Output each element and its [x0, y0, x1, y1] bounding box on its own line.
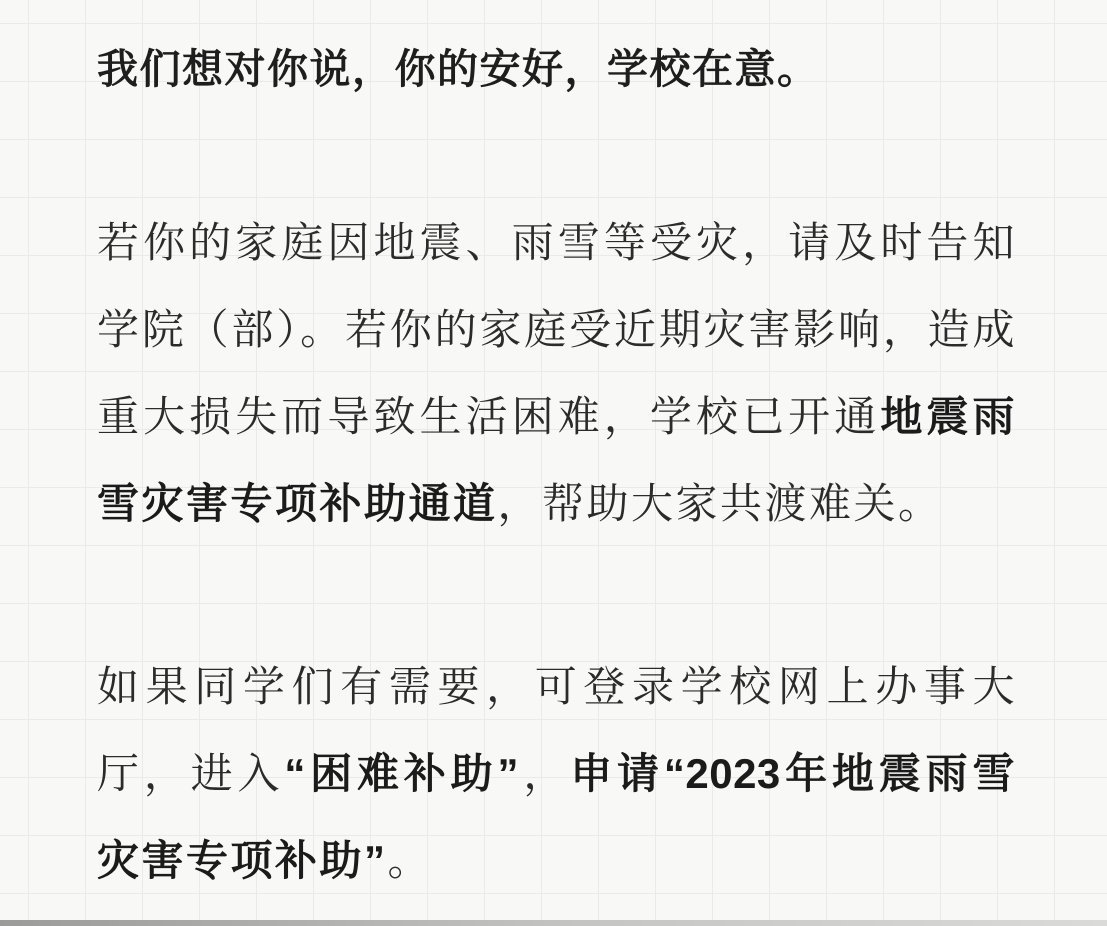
highlighted-text-segment: 雪灾害专项补助通道 [97, 480, 498, 527]
notice-page: 我们想对你说，你的安好，学校在意。 若你的家庭因地震、雨雪等受灾，请及时告知 学… [0, 0, 1107, 926]
text-segment: 学院（部）。若你的家庭受近期灾害影响，造成 [97, 306, 1015, 353]
text-segment: 重大损失而导致生活困难，学校已开通 [97, 393, 880, 440]
text-segment: 厅，进入 [97, 750, 284, 797]
paragraph-application-instructions: 如果同学们有需要，可登录学校网上办事大 厅，进入“困难补助”，申请“2023年地… [97, 643, 1015, 904]
paragraph-line: 雪灾害专项补助通道，帮助大家共渡难关。 [97, 460, 1015, 547]
paragraph-line: 重大损失而导致生活困难，学校已开通地震雨 [97, 373, 1015, 460]
paragraph-line: 若你的家庭因地震、雨雪等受灾，请及时告知 [97, 199, 1015, 286]
paragraph-disaster-channel: 若你的家庭因地震、雨雪等受灾，请及时告知 学院（部）。若你的家庭受近期灾害影响，… [97, 199, 1015, 547]
paragraph-line: 灾害专项补助”。 [97, 817, 1015, 904]
paragraph-line: 如果同学们有需要，可登录学校网上办事大 [97, 643, 1015, 730]
text-segment: 若你的家庭因地震、雨雪等受灾，请及时告知 [97, 219, 1015, 266]
notice-content: 我们想对你说，你的安好，学校在意。 若你的家庭因地震、雨雪等受灾，请及时告知 学… [0, 0, 1107, 904]
paragraph-line: 厅，进入“困难补助”，申请“2023年地震雨雪 [97, 730, 1015, 817]
text-segment: 。 [388, 837, 433, 884]
highlighted-text-segment: 灾害专项补助” [97, 837, 388, 884]
highlighted-text-segment: “困难补助” [284, 750, 519, 797]
notice-heading: 我们想对你说，你的安好，学校在意。 [97, 26, 1015, 113]
highlighted-text-segment: 申请“2023年地震雨雪 [570, 750, 1015, 797]
highlighted-text-segment: 地震雨 [880, 393, 1015, 440]
text-segment: ，帮助大家共渡难关。 [498, 480, 943, 527]
paragraph-line: 学院（部）。若你的家庭受近期灾害影响，造成 [97, 286, 1015, 373]
text-segment: ， [519, 750, 570, 797]
text-segment: 如果同学们有需要，可登录学校网上办事大 [97, 663, 1015, 710]
page-bottom-edge-shadow [0, 920, 1107, 926]
